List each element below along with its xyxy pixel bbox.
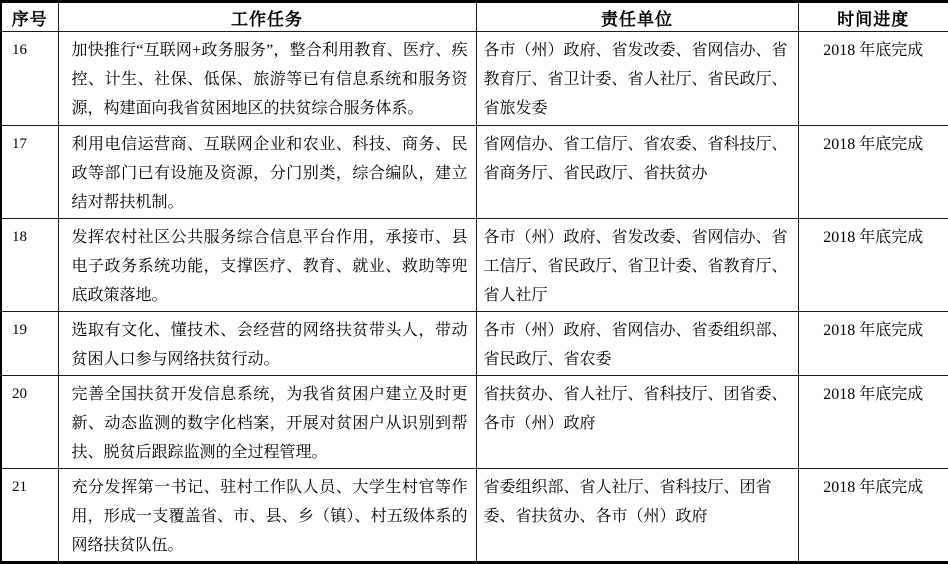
- work-task-cell: 加快推行“互联网+政务服务”，整合利用教育、医疗、疾控、计生、社保、低保、旅游等…: [58, 32, 476, 126]
- responsible-unit-cell: 省网信办、省工信厅、省农委、省科技厅、省商务厅、省民政厅、省扶贫办: [476, 126, 798, 219]
- row-number-cell: 16: [1, 32, 58, 126]
- responsible-unit-cell: 省扶贫办、省人社厅、省科技厅、团省委、各市（州）政府: [476, 376, 798, 469]
- table-header: 序号 工作任务 责任单位 时间进度: [1, 2, 948, 32]
- header-work-task: 工作任务: [58, 2, 476, 32]
- row-number-cell: 18: [1, 219, 58, 312]
- table-row: 21 充分发挥第一书记、驻村工作队人员、大学生村官等作用，形成一支覆盖省、市、县…: [1, 469, 948, 563]
- work-task-cell: 完善全国扶贫开发信息系统，为我省贫困户建立及时更新、动态监测的数字化档案，开展对…: [58, 376, 476, 469]
- header-row: 序号 工作任务 责任单位 时间进度: [1, 2, 948, 32]
- time-progress-cell: 2018 年底完成: [798, 469, 948, 563]
- table-row: 18 发挥农村社区公共服务综合信息平台作用，承接市、县电子政务系统功能，支撑医疗…: [1, 219, 948, 312]
- responsible-unit-cell: 省委组织部、省人社厅、省科技厅、团省委、省扶贫办、各市（州）政府: [476, 469, 798, 563]
- row-number-cell: 19: [1, 312, 58, 376]
- work-task-cell: 充分发挥第一书记、驻村工作队人员、大学生村官等作用，形成一支覆盖省、市、县、乡（…: [58, 469, 476, 563]
- time-progress-cell: 2018 年底完成: [798, 219, 948, 312]
- row-number-cell: 20: [1, 376, 58, 469]
- table-body: 16 加快推行“互联网+政务服务”，整合利用教育、医疗、疾控、计生、社保、低保、…: [1, 32, 948, 563]
- responsible-unit-cell: 各市（州）政府、省发改委、省网信办、省教育厅、省卫计委、省人社厅、省民政厅、省旅…: [476, 32, 798, 126]
- table-row: 20 完善全国扶贫开发信息系统，为我省贫困户建立及时更新、动态监测的数字化档案，…: [1, 376, 948, 469]
- row-number-cell: 21: [1, 469, 58, 563]
- work-task-cell: 利用电信运营商、互联网企业和农业、科技、商务、民政等部门已有设施及资源，分门别类…: [58, 126, 476, 219]
- responsible-unit-cell: 各市（州）政府、省网信办、省委组织部、省民政厅、省农委: [476, 312, 798, 376]
- table-row: 16 加快推行“互联网+政务服务”，整合利用教育、医疗、疾控、计生、社保、低保、…: [1, 32, 948, 126]
- table-row: 19 选取有文化、懂技术、会经营的网络扶贫带头人，带动贫困人口参与网络扶贫行动。…: [1, 312, 948, 376]
- work-task-cell: 发挥农村社区公共服务综合信息平台作用，承接市、县电子政务系统功能，支撑医疗、教育…: [58, 219, 476, 312]
- header-time-progress: 时间进度: [798, 2, 948, 32]
- time-progress-cell: 2018 年底完成: [798, 32, 948, 126]
- time-progress-cell: 2018 年底完成: [798, 376, 948, 469]
- row-number-cell: 17: [1, 126, 58, 219]
- time-progress-cell: 2018 年底完成: [798, 126, 948, 219]
- work-task-cell: 选取有文化、懂技术、会经营的网络扶贫带头人，带动贫困人口参与网络扶贫行动。: [58, 312, 476, 376]
- time-progress-cell: 2018 年底完成: [798, 312, 948, 376]
- work-task-table: 序号 工作任务 责任单位 时间进度 16 加快推行“互联网+政务服务”，整合利用…: [0, 0, 948, 564]
- header-responsible-unit: 责任单位: [476, 2, 798, 32]
- responsible-unit-cell: 各市（州）政府、省发改委、省网信办、省工信厅、省民政厅、省卫计委、省教育厅、省人…: [476, 219, 798, 312]
- table-row: 17 利用电信运营商、互联网企业和农业、科技、商务、民政等部门已有设施及资源，分…: [1, 126, 948, 219]
- header-serial-number: 序号: [1, 2, 58, 32]
